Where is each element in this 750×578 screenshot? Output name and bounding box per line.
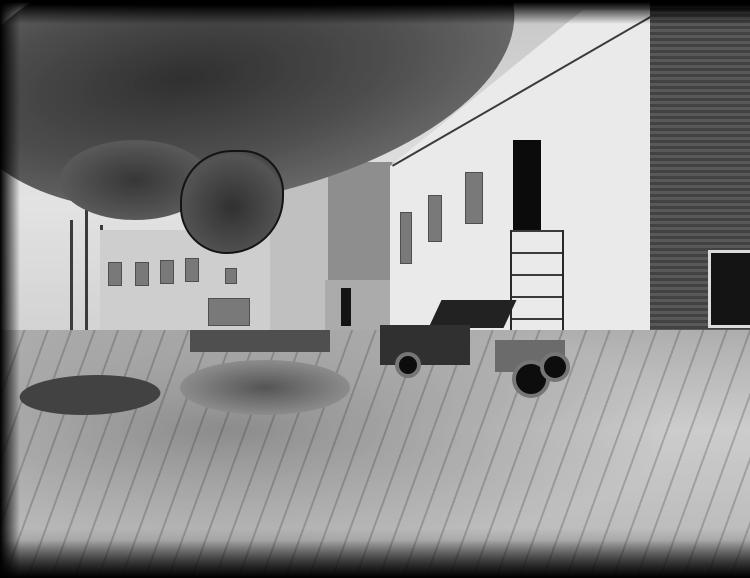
lumber-pile <box>190 330 330 352</box>
window <box>428 195 442 242</box>
truck-chute <box>428 300 516 328</box>
brick-building-window <box>708 250 750 328</box>
window <box>185 258 199 282</box>
truck-wheel <box>395 352 421 378</box>
construction-site-photo <box>0 0 750 578</box>
window <box>108 262 122 286</box>
doorway <box>341 288 351 326</box>
upper-door-opening <box>513 140 541 230</box>
window <box>160 260 174 284</box>
utility-pole <box>70 220 73 330</box>
window <box>135 262 149 286</box>
stair-tower <box>328 162 392 282</box>
utility-pole <box>85 210 88 330</box>
truck <box>380 325 470 365</box>
dirt-pile <box>180 360 350 415</box>
mixer-wheel <box>540 352 570 382</box>
ground-floor-window <box>208 298 250 326</box>
window <box>465 172 483 224</box>
print-edge-shadow <box>0 0 20 578</box>
window <box>400 212 412 264</box>
print-edge-shadow <box>0 0 750 24</box>
scaffolding <box>510 230 564 340</box>
print-edge-shadow <box>0 540 750 578</box>
window <box>225 268 237 284</box>
